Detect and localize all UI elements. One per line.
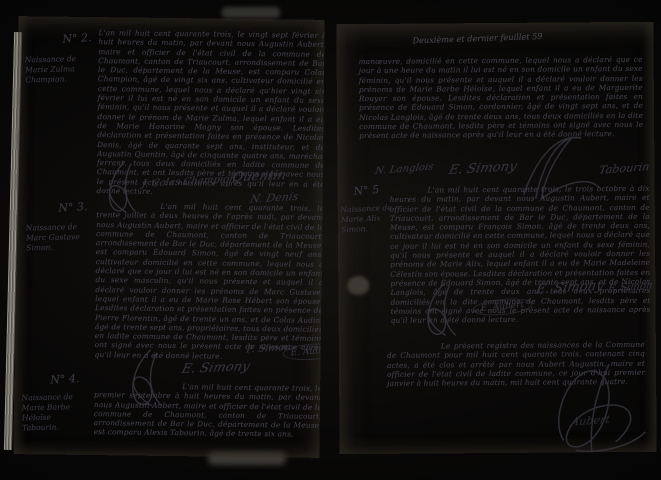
register-scan: N° 2. Naissance de Marie Zulma Champion.… xyxy=(0,0,661,480)
signature-quentin: Quentin xyxy=(231,168,288,185)
entry-4-margin-label: Naissance de Marie Barbe Héloïse Tabouri… xyxy=(21,392,88,433)
ink-blot xyxy=(347,276,369,295)
signature-langlois: N. Langlois xyxy=(374,161,434,176)
signature-aubert-flourish-icon xyxy=(545,354,657,454)
entry-3-number: N° 3. xyxy=(58,200,88,215)
left-page: N° 2. Naissance de Marie Zulma Champion.… xyxy=(13,16,324,458)
right-page: Deuxième et dernier feuillet 59 manœuvre… xyxy=(336,22,656,454)
scan-smudge-top xyxy=(222,7,280,18)
signature-tabourin: Tabourin xyxy=(598,160,651,177)
signature-paraph-icon xyxy=(418,281,466,339)
entry-3-body: L'an mil huit cent quarante trois, le tr… xyxy=(95,201,325,334)
entry-5-number: N° 5 xyxy=(353,183,380,198)
entry-4-number: N° 4. xyxy=(50,372,80,387)
folio-header-note: Deuxième et dernier feuillet 59 xyxy=(412,28,622,45)
entry-2-margin-label: Naissance de Marie Zulma Champion. xyxy=(25,54,92,85)
entry-3-margin-label: Naissance de Marc Gustave Simon. xyxy=(26,222,91,253)
entry-4-body: L'an mil huit cent quarante trois, le pr… xyxy=(93,381,322,454)
signature-simony: E. Simony xyxy=(180,359,251,377)
signature-simony: E. Simony xyxy=(447,159,518,178)
entry-2-body: L'an mil huit cent quarante trois, le vi… xyxy=(97,28,325,172)
entry-2-number: N° 2. xyxy=(62,31,92,46)
